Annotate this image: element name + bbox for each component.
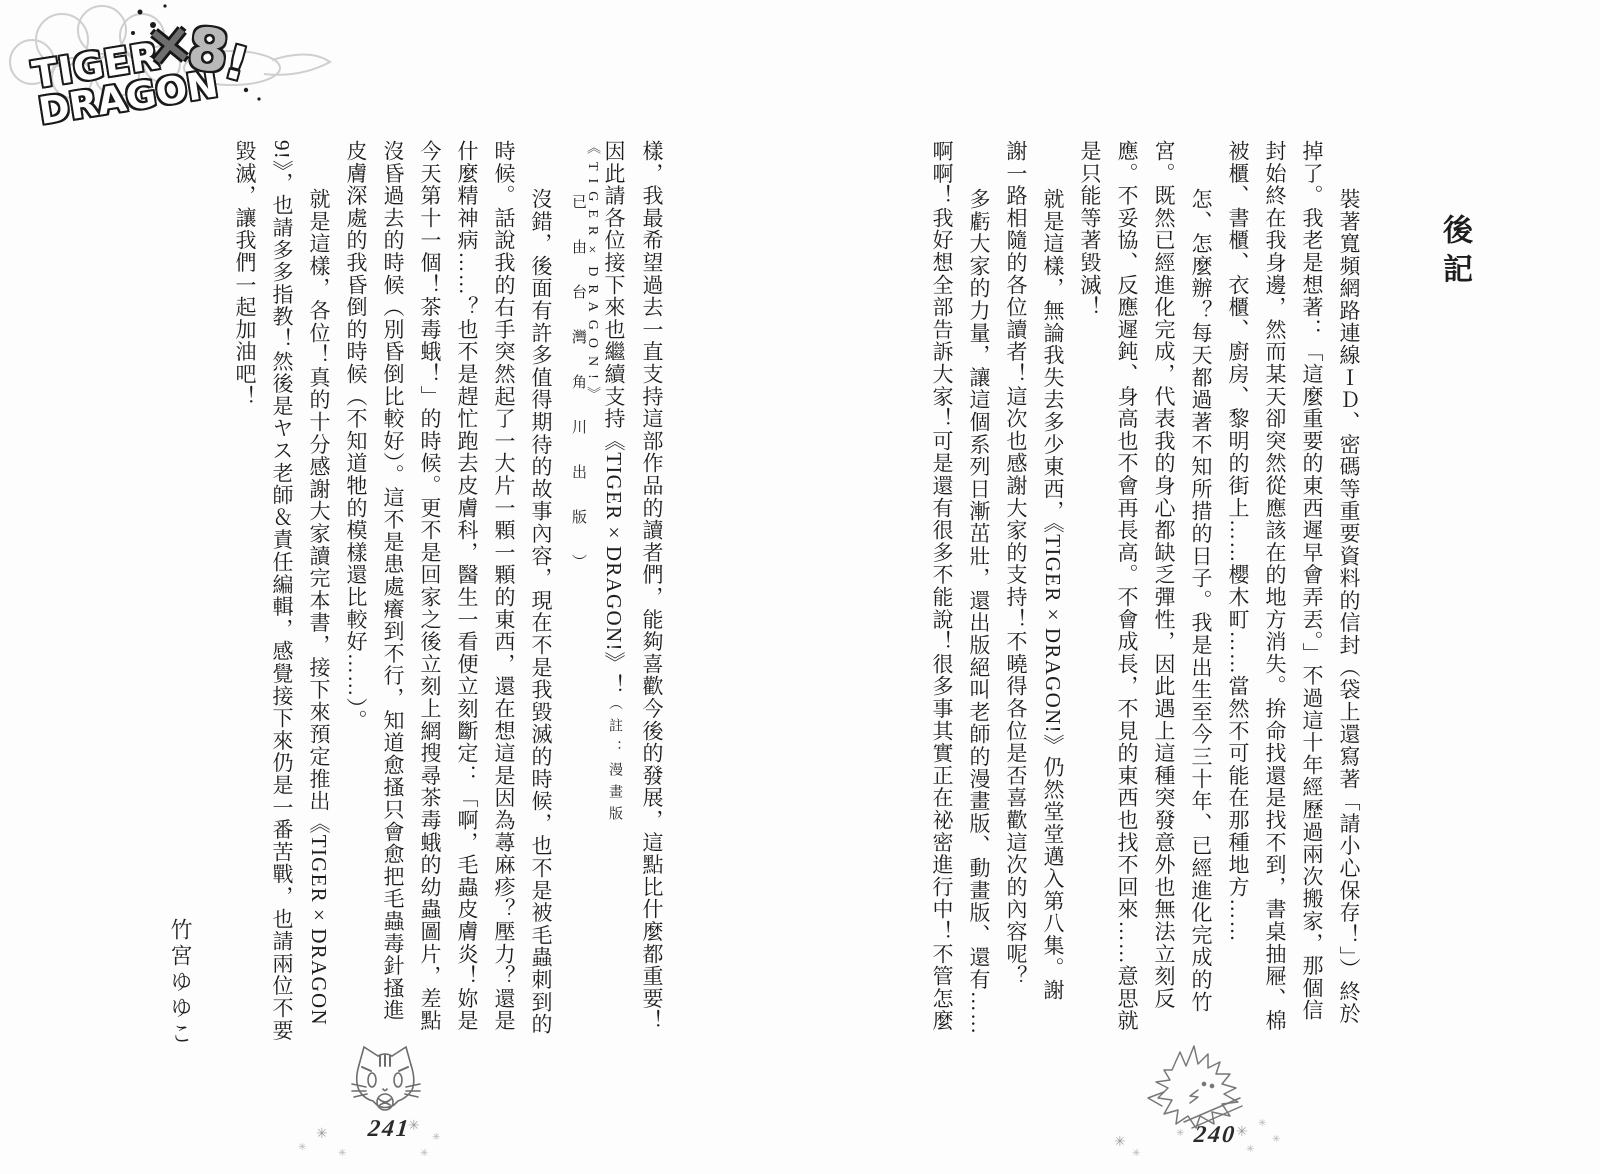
page-number-left: 241 xyxy=(367,1116,412,1143)
text-column: 掉了。我老是想著：「這麼重要的東西遲早會弄丟。」不過這十年經歷過兩次搬家，那個信 xyxy=(1301,140,1322,1044)
text-column: 樣，我最希望過去一直支持這部作品的讀者們，能夠喜歡今後的發展，這點比什麼都重要！ xyxy=(641,140,662,1044)
sparkle-icon: ✳ xyxy=(1236,1124,1248,1140)
text-column: 怎、怎麼辦？每天都過著不知所措的日子。我是出生至今三十年、已經進化完成的竹 xyxy=(1190,140,1211,1044)
text-column: 沒昏過去的時候（別昏倒比較好）。這不是患處癢到不行，知道愈搔只會愈把毛蟲毒針搔進 xyxy=(382,140,403,1044)
text-column: 被櫃、書櫃、衣櫃、廚房、黎明的街上……櫻木町……當然不可能在那種地方…… xyxy=(1227,140,1248,1044)
text-column: 封始終在我身邊，然而某天卻突然從應該在的地方消失。拚命找還是找不到，書桌抽屜、棉 xyxy=(1264,140,1285,1044)
text-column: 多虧大家的力量，讓這個系列日漸茁壯，還出版絕叫老師的漫畫版、動畫版、還有…… xyxy=(968,140,989,1044)
text-column: 9!》，也請多多指教！然後是ヤス老師＆責任編輯，感覺接下來仍是一番苦戰，也請兩位… xyxy=(271,140,292,1044)
sparkle-icon: ✳ xyxy=(298,1142,306,1153)
sparkle-icon: ✳ xyxy=(1258,1118,1266,1129)
text-column: 是只能等著毀滅！ xyxy=(1079,140,1100,1044)
author-name: 竹宮ゆゆこ xyxy=(165,918,196,1058)
afterword-page-left: 樣，我最希望過去一直支持這部作品的讀者們，能夠喜歡今後的發展，這點比什麼都重要！… xyxy=(218,140,662,1044)
sparkle-icon: ✳ xyxy=(432,1132,440,1143)
tiger-mascot-icon xyxy=(350,1044,422,1123)
sparkle-icon: ✳ xyxy=(420,1148,428,1159)
text-column: 裝著寬頻網路連線ＩＤ、密碼等重要資料的信封（袋上還寫著「請小心保存！」）終於 xyxy=(1338,140,1359,1044)
sparkle-icon: ✳ xyxy=(316,1126,328,1142)
text-column: 時候。話說我的右手突然起了一大片一顆一顆的東西，還在想這是因為蕁麻疹？壓力？還是 xyxy=(493,140,514,1044)
sparkle-icon: ✳ xyxy=(1272,1134,1280,1145)
text-column: 啊啊！我好想全部告訴大家！可是還有很多不能說！很多事其實正在祕密進行中！不管怎麼 xyxy=(931,140,952,1044)
sparkle-icon: ✳ xyxy=(1246,1144,1254,1155)
sparkle-icon: ✳ xyxy=(1114,1134,1126,1150)
afterword-page-right: 後記 裝著寬頻網路連線ＩＤ、密碼等重要資料的信封（袋上還寫著「請小心保存！」）終… xyxy=(915,140,1465,1044)
page-number-right: 240 xyxy=(1193,1122,1238,1149)
text-column: 謝一路相隨的各位讀者！這次也感謝大家的支持！不曉得各位是否喜歡這次的內容呢？ xyxy=(1005,140,1026,1044)
text-column: 今天第十一個！茶毒蛾！」的時候。更不是回家之後立刻上網搜尋茶毒蛾的幼蟲圖片，差點 xyxy=(419,140,440,1044)
text-column: 毀滅，讓我們一起加油吧！ xyxy=(234,140,255,1044)
series-logo: TIGER DRAGON × 8 ! xyxy=(0,0,340,135)
scanned-book-spread: { "logo": { "title_top": "TIGER", "title… xyxy=(0,0,1600,1174)
text-column: 皮膚深處的我昏倒的時候（不知道牠的模樣還比較好……）。 xyxy=(345,140,366,1044)
text-column: 就是這樣，無論我失去多少東西，《TIGER×DRAGON!》仍然堂堂邁入第八集。… xyxy=(1042,140,1063,1044)
sparkle-icon: ✳ xyxy=(1176,1128,1184,1139)
page-title: 後記 xyxy=(1433,140,1465,1044)
text-column: 因此請各位接下來也繼續支持《TIGER×DRAGON!》！（註：漫畫版《TIGE… xyxy=(604,140,625,1044)
text-column: 就是這樣，各位！真的十分感謝大家讀完本書，接下來預定推出《TIGER×DRAGO… xyxy=(308,140,329,1044)
text-column-note: 已由台灣角川出版） xyxy=(567,140,588,1044)
text-column: 沒錯，後面有許多值得期待的故事內容，現在不是我毀滅的時候，也不是被毛蟲刺到的 xyxy=(530,140,551,1044)
sparkle-icon: ✳ xyxy=(408,1118,420,1134)
sparkle-icon: ✳ xyxy=(338,1148,346,1159)
sparkle-icon: ✳ xyxy=(1132,1148,1140,1159)
text-column: 宮。既然已經進化完成，代表我的身心都缺乏彈性，因此遇上這種突發意外也無法立刻反 xyxy=(1153,140,1174,1044)
text-column: 應。不妥協、反應遲鈍、身高也不會再長高。不會成長，不見的東西也找不回來……意思就 xyxy=(1116,140,1137,1044)
text-column: 什麼精神病……？也不是趕忙跑去皮膚科，醫生一看便立刻斷定：「啊，毛蟲皮膚炎！妳是 xyxy=(456,140,477,1044)
